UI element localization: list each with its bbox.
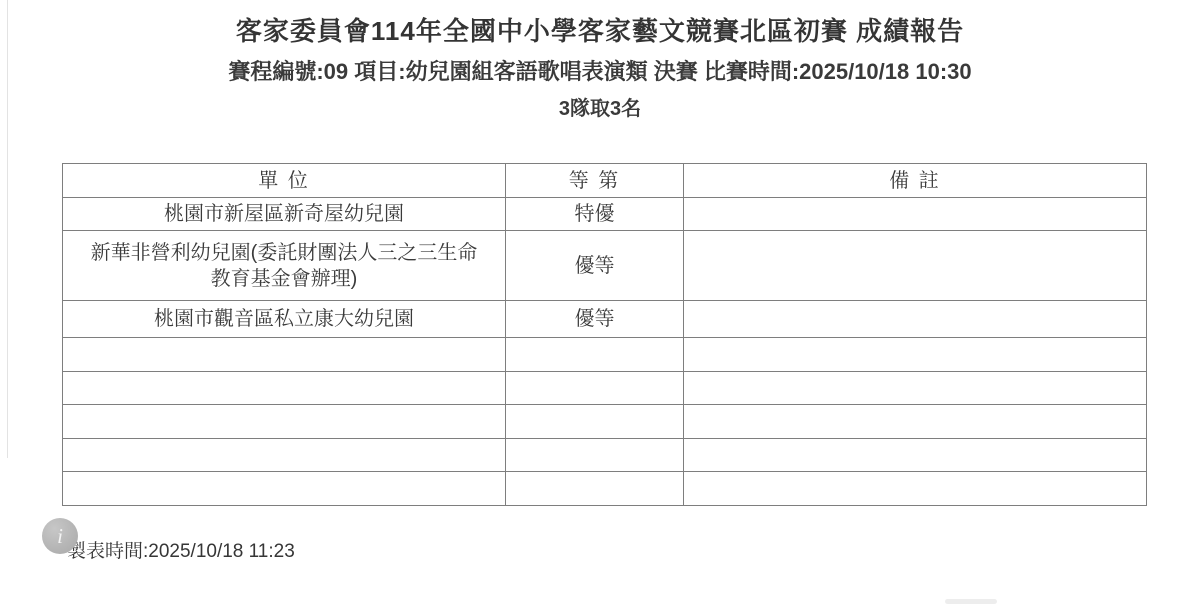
event-info-line: 賽程編號:09 項目:幼兒園組客語歌唱表演類 決賽 比賽時間:2025/10/1…	[0, 59, 1200, 85]
report-header: 客家委員會114年全國中小學客家藝文競賽北區初賽 成績報告 賽程編號:09 項目…	[0, 0, 1200, 121]
quota-line: 3隊取3名	[0, 97, 1200, 121]
note-cell	[684, 338, 1147, 372]
info-icon[interactable]: i	[42, 518, 78, 554]
grade-cell	[506, 405, 684, 439]
table-header-row: 單 位 等 第 備 註	[63, 164, 1147, 198]
table-row: 新華非營利幼兒園(委託財團法人三之三生命 教育基金會辦理) 優等	[63, 231, 1147, 301]
table-row-empty	[63, 338, 1147, 372]
unit-cell: 桃園市新屋區新奇屋幼兒園	[63, 198, 506, 231]
note-cell	[684, 198, 1147, 231]
unit-cell	[63, 438, 506, 472]
table-row-empty	[63, 405, 1147, 439]
grade-cell: 優等	[506, 231, 684, 301]
col-header-grade: 等 第	[506, 164, 684, 198]
grade-cell	[506, 338, 684, 372]
unit-cell	[63, 472, 506, 506]
table-row: 桃園市觀音區私立康大幼兒園 優等	[63, 301, 1147, 338]
unit-cell	[63, 405, 506, 439]
note-cell	[684, 438, 1147, 472]
note-cell	[684, 301, 1147, 338]
grade-cell	[506, 438, 684, 472]
bottom-bar	[945, 599, 997, 604]
note-cell	[684, 405, 1147, 439]
table-row-empty	[63, 472, 1147, 506]
table-row-empty	[63, 438, 1147, 472]
col-header-note: 備 註	[684, 164, 1147, 198]
results-table: 單 位 等 第 備 註 桃園市新屋區新奇屋幼兒園 特優 新華非營利幼兒園(委託財…	[62, 163, 1147, 506]
col-header-unit: 單 位	[63, 164, 506, 198]
unit-cell: 新華非營利幼兒園(委託財團法人三之三生命 教育基金會辦理)	[63, 231, 506, 301]
table-row: 桃園市新屋區新奇屋幼兒園 特優	[63, 198, 1147, 231]
note-cell	[684, 472, 1147, 506]
grade-cell	[506, 472, 684, 506]
unit-cell	[63, 371, 506, 405]
grade-cell: 優等	[506, 301, 684, 338]
table-row-empty	[63, 371, 1147, 405]
note-cell	[684, 231, 1147, 301]
unit-cell	[63, 338, 506, 372]
grade-cell: 特優	[506, 198, 684, 231]
page-title: 客家委員會114年全國中小學客家藝文競賽北區初賽 成績報告	[0, 16, 1200, 46]
grade-cell	[506, 371, 684, 405]
generated-timestamp: 製表時間:2025/10/18 11:23	[67, 540, 295, 564]
unit-cell: 桃園市觀音區私立康大幼兒園	[63, 301, 506, 338]
note-cell	[684, 371, 1147, 405]
